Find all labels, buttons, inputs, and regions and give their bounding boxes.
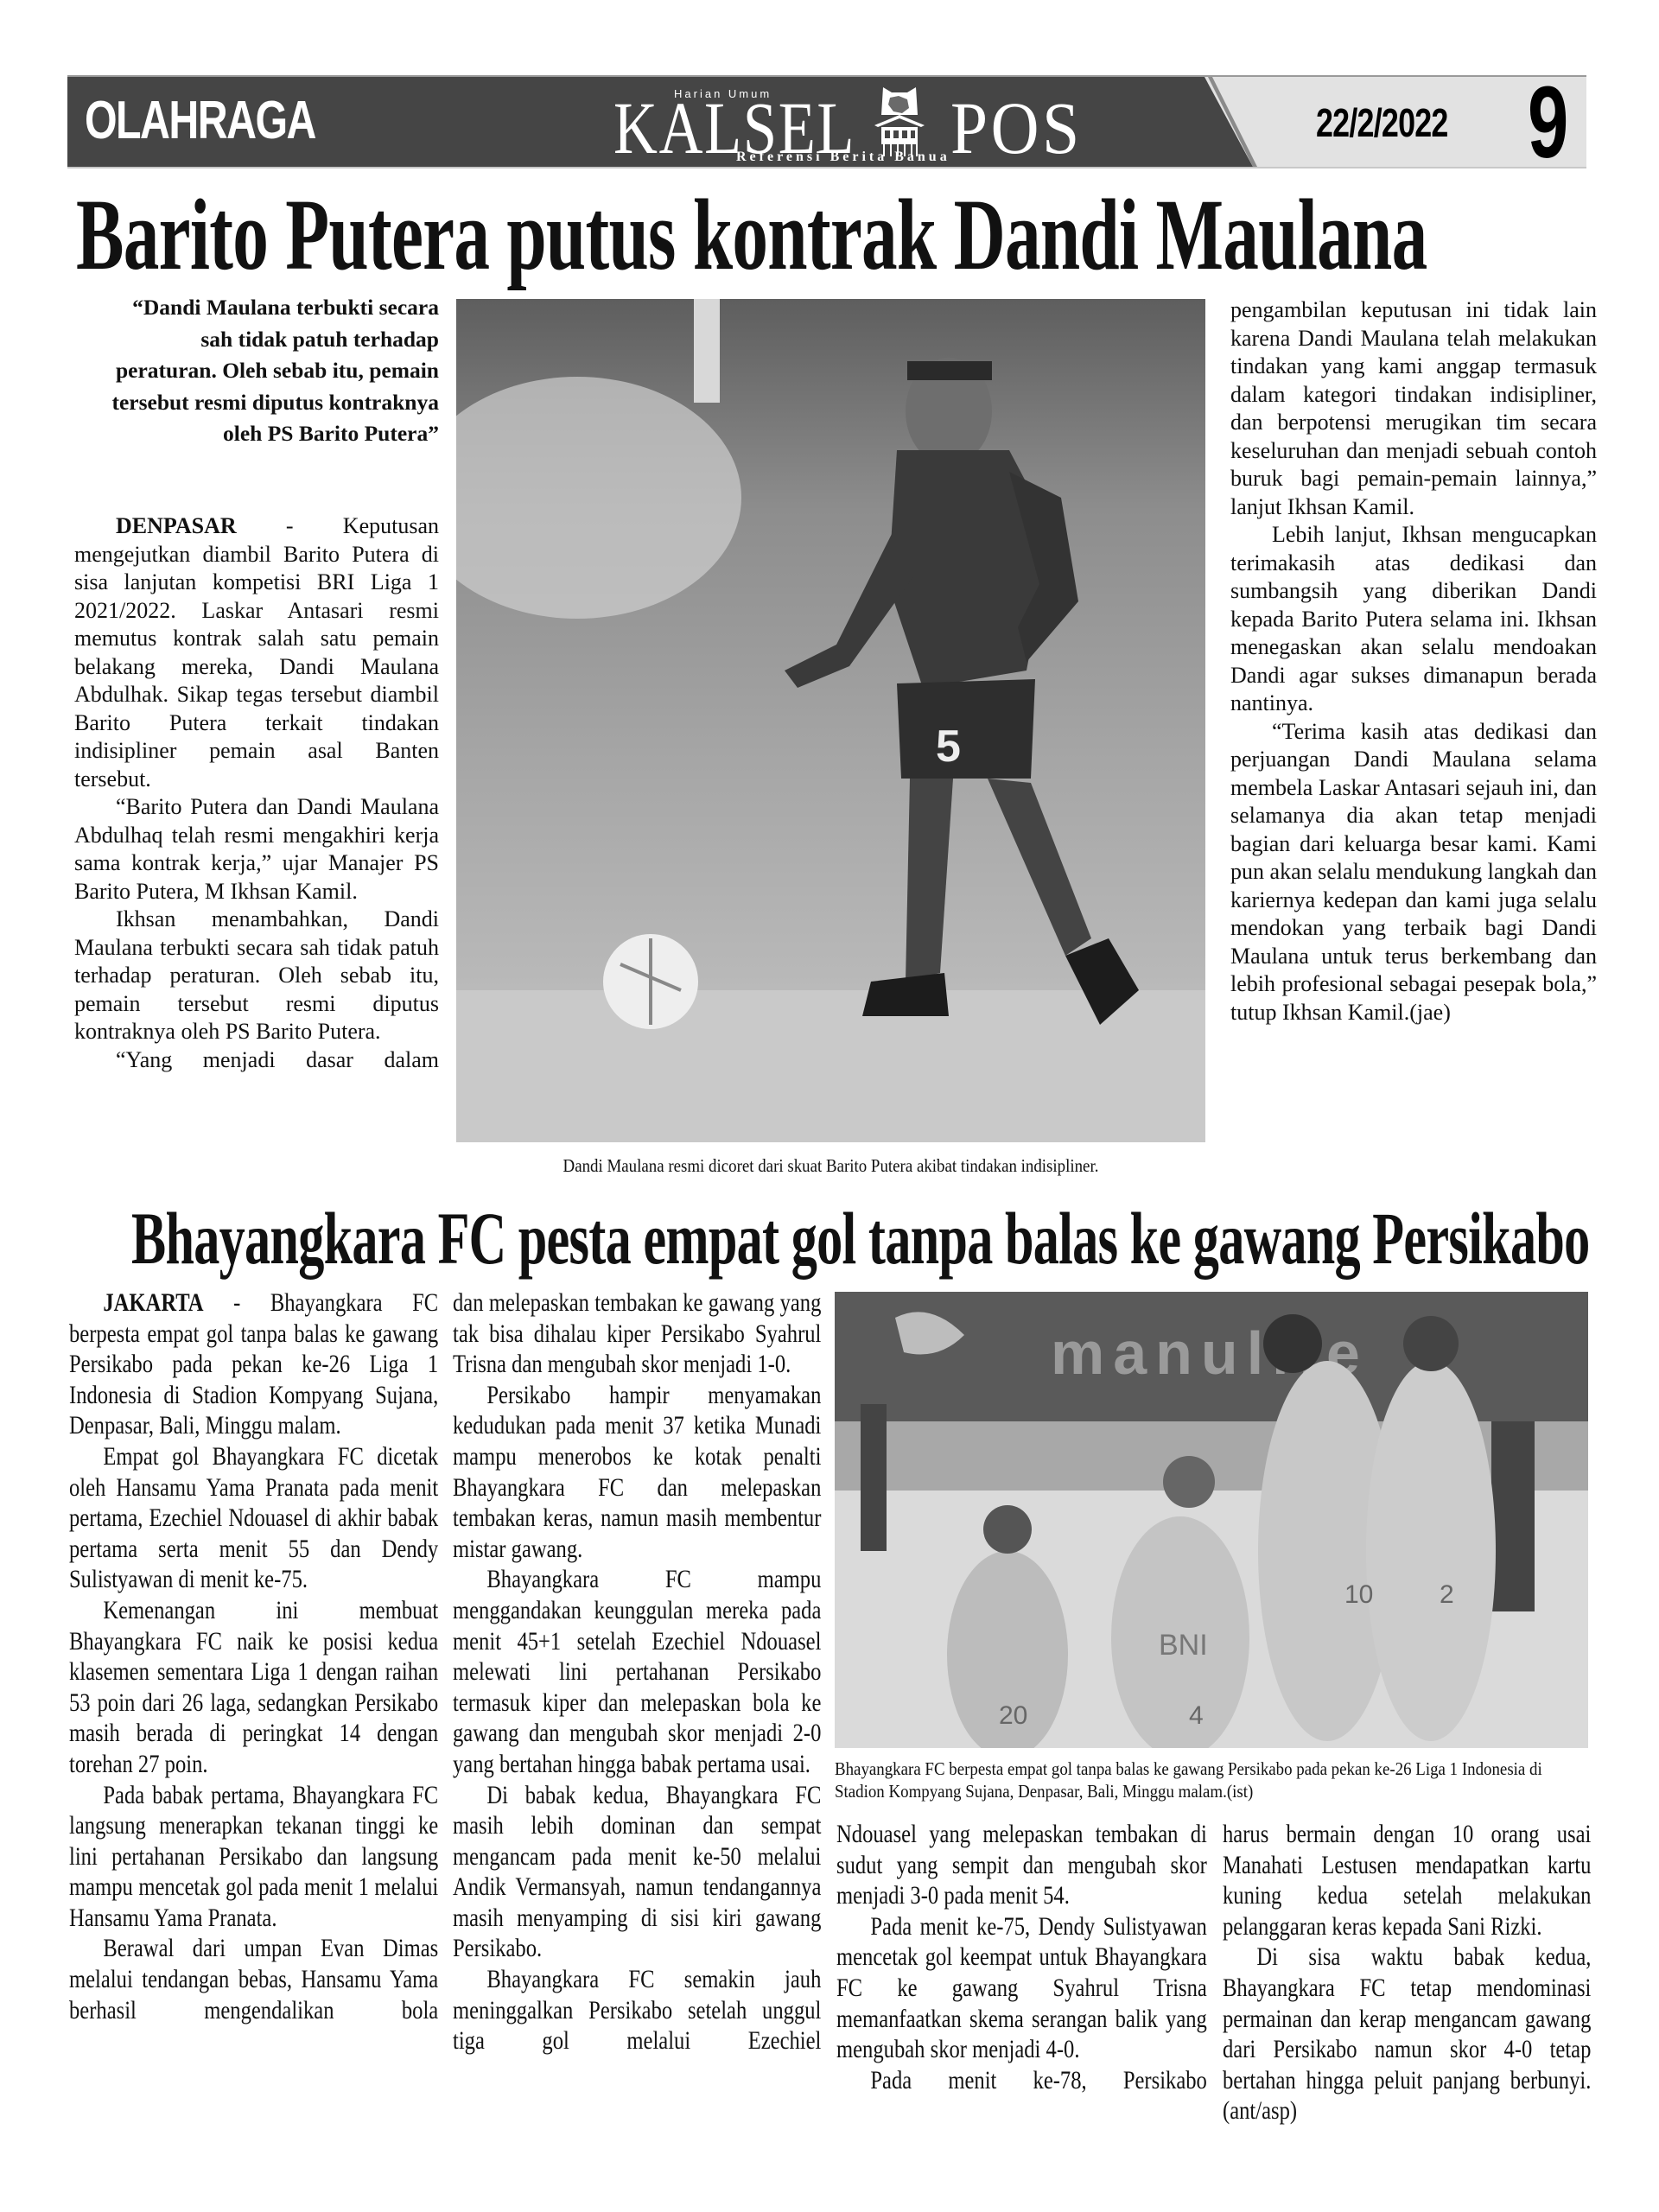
svg-text:20: 20 — [999, 1701, 1027, 1730]
team-celebration-photo-icon: manulife BNI 20 4 10 2 — [835, 1292, 1588, 1748]
story2-column-1: JAKARTA - Bhayangkara FC berpesta empat … — [69, 1287, 438, 2025]
story1-paragraph: “Yang menjadi dasar dalam — [74, 1046, 439, 1075]
story2-paragraph: Di babak kedua, Bhayangkara FC masih leb… — [453, 1780, 821, 1965]
story2-paragraph: dan melepaskan tembakan ke gawang yang t… — [453, 1287, 821, 1380]
svg-text:BNI: BNI — [1159, 1629, 1208, 1662]
story1-headline: Barito Putera putus kontrak Dandi Maulan… — [76, 183, 1148, 287]
story2-photo: manulife BNI 20 4 10 2 — [835, 1292, 1588, 1748]
svg-text:4: 4 — [1189, 1701, 1204, 1730]
svg-text:5: 5 — [936, 721, 961, 772]
story2-paragraph: Bhayangkara FC semakin jauh meninggalkan… — [453, 1964, 821, 2056]
story1-column-right: pengambilan keputusan ini tidak lain kar… — [1230, 296, 1597, 1027]
story1-paragraph: “Barito Putera dan Dandi Maulana Abdulha… — [74, 793, 439, 906]
story1-paragraph: Ikhsan menambahkan, Dandi Maulana terbuk… — [74, 906, 439, 1046]
story2-column-3: Ndouasel yang melepaskan tembakan di sud… — [836, 1819, 1207, 2095]
story2-column-2: dan melepaskan tembakan ke gawang yang t… — [453, 1287, 821, 2056]
page-number: 9 — [1528, 75, 1568, 168]
footballer-photo-icon: 5 — [456, 299, 1205, 1142]
story2-paragraph: Di sisa waktu babak kedua, Bhayangkara F… — [1223, 1942, 1591, 2126]
svg-text:10: 10 — [1344, 1580, 1373, 1609]
story2-paragraph: Persikabo hampir menyamakan kedudukan pa… — [453, 1380, 821, 1565]
story2-paragraph: Pada babak pertama, Bhayangkara FC langs… — [69, 1780, 438, 1934]
story2-dateline: JAKARTA — [103, 1288, 203, 1317]
story2-paragraph: Kemenangan ini membuat Bhayangkara FC na… — [69, 1595, 438, 1780]
story2-paragraph: harus bermain dengan 10 orang usai Manah… — [1223, 1819, 1591, 1942]
masthead-logo: Harian Umum KALSEL POS Referensi Berit — [613, 82, 1149, 165]
story2-paragraph: JAKARTA - Bhayangkara FC berpesta empat … — [69, 1287, 438, 1441]
issue-date: 22/2/2022 — [1316, 101, 1448, 144]
story2-paragraph: Berawal dari umpan Evan Dimas melalui te… — [69, 1933, 438, 2025]
story1-pull-quote: “Dandi Maulana terbukti secara sah tidak… — [104, 292, 439, 450]
story1-column-left: DENPASAR - Keputusan mengejutkan diambil… — [74, 512, 439, 1074]
story2-paragraph: Pada menit ke-75, Dendy Sulistyawan menc… — [836, 1911, 1207, 2065]
story1-paragraph: Lebih lanjut, Ikhsan mengucapkan terimak… — [1230, 521, 1597, 718]
story2-paragraph: Ndouasel yang melepaskan tembakan di sud… — [836, 1819, 1207, 1911]
story1-paragraph: pengambilan keputusan ini tidak lain kar… — [1230, 296, 1597, 521]
story1-paragraph: DENPASAR - Keputusan mengejutkan diambil… — [74, 512, 439, 793]
story2-paragraph: Empat gol Bhayangkara FC dicetak oleh Ha… — [69, 1441, 438, 1595]
story2-paragraph: Bhayangkara FC mampu menggandakan keungg… — [453, 1564, 821, 1779]
section-label: OLAHRAGA — [85, 92, 315, 149]
story1-paragraph: “Terima kasih atas dedikasi dan perjuang… — [1230, 718, 1597, 1027]
story2-photo-caption: Bhayangkara FC berpesta empat gol tanpa … — [835, 1758, 1578, 1802]
story1-dateline: DENPASAR — [116, 513, 237, 538]
story2-paragraph: Pada menit ke-78, Persikabo — [836, 2065, 1207, 2096]
logo-name-right: POS — [950, 91, 1083, 165]
rumah-banjar-emblem-icon — [873, 86, 926, 158]
story2-headline: Bhayangkara FC pesta empat gol tanpa bal… — [131, 1199, 1123, 1277]
story1-photo: 5 — [456, 299, 1205, 1142]
svg-text:2: 2 — [1440, 1580, 1454, 1609]
logo-tagline: Referensi Berita Banua — [736, 149, 950, 165]
story2-column-4: harus bermain dengan 10 orang usai Manah… — [1223, 1819, 1591, 2126]
page-header: OLAHRAGA Harian Umum KALSEL POS — [67, 75, 1586, 168]
story1-photo-caption: Dandi Maulana resmi dicoret dari skuat B… — [493, 1154, 1167, 1177]
